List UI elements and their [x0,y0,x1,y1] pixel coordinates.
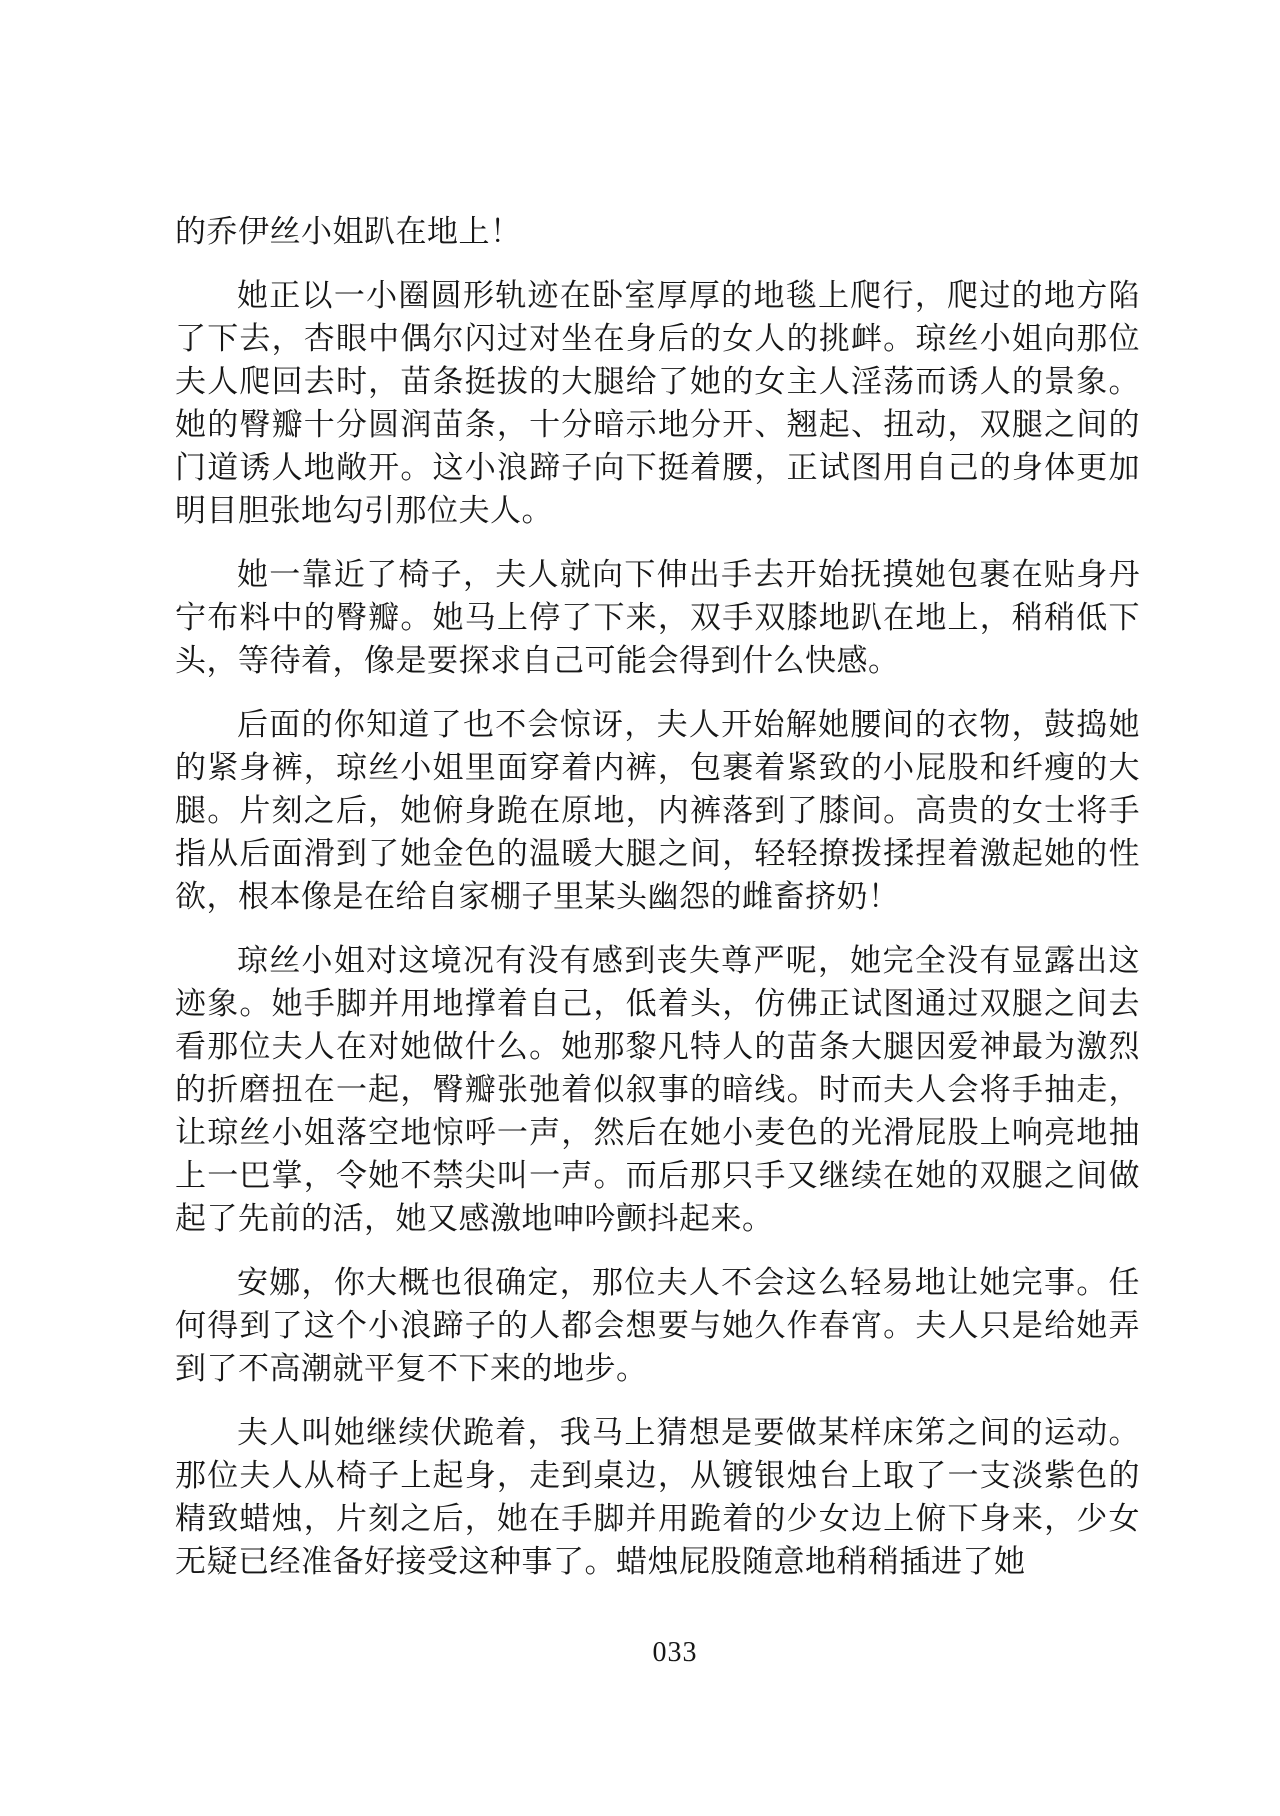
paragraph-continuation: 的乔伊丝小姐趴在地上！ [175,210,1140,253]
page-number: 033 [175,1636,1175,1670]
paragraph: 她正以一小圈圆形轨迹在卧室厚厚的地毯上爬行，爬过的地方陷了下去，杏眼中偶尔闪过对… [175,274,1140,532]
paragraph: 后面的你知道了也不会惊讶，夫人开始解她腰间的衣物，鼓捣她的紧身裤，琼丝小姐里面穿… [175,703,1140,918]
paragraph: 她一靠近了椅子，夫人就向下伸出手去开始抚摸她包裹在贴身丹宁布料中的臀瓣。她马上停… [175,553,1140,682]
paragraph: 夫人叫她继续伏跪着，我马上猜想是要做某样床笫之间的运动。那位夫人从椅子上起身，走… [175,1411,1140,1583]
paragraph: 琼丝小姐对这境况有没有感到丧失尊严呢，她完全没有显露出这迹象。她手脚并用地撑着自… [175,939,1140,1240]
page-text: 的乔伊丝小姐趴在地上！ 她正以一小圈圆形轨迹在卧室厚厚的地毯上爬行，爬过的地方陷… [175,210,1140,1604]
book-page: 的乔伊丝小姐趴在地上！ 她正以一小圈圆形轨迹在卧室厚厚的地毯上爬行，爬过的地方陷… [0,0,1280,1816]
paragraph: 安娜，你大概也很确定，那位夫人不会这么轻易地让她完事。任何得到了这个小浪蹄子的人… [175,1261,1140,1390]
